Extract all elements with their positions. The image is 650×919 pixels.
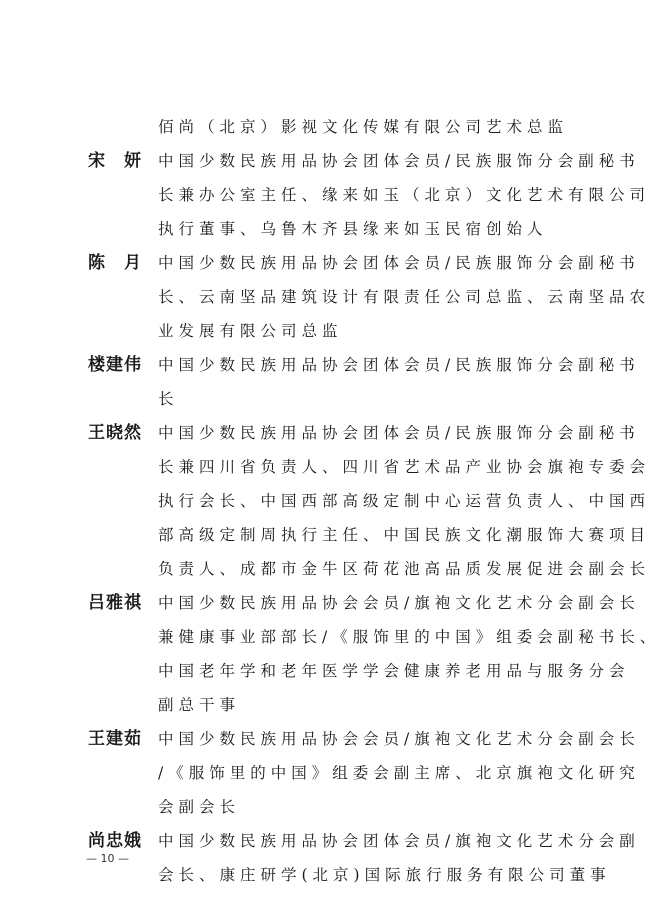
member-list: 佰尚（北京）影视文化传媒有限公司艺术总监 宋 妍 中国少数民族用品协会团体会员/… [88,110,568,892]
desc-line: 佰尚（北京）影视文化传媒有限公司艺术总监 [158,110,568,144]
desc-line: 执行董事、乌鲁木齐县缘来如玉民宿创始人 [158,212,650,246]
member-description: 中国少数民族用品协会团体会员/旗袍文化艺术分会副 会长、康庄研学(北京)国际旅行… [158,824,640,892]
desc-line: 会副会长 [158,790,640,824]
desc-line: 中国老年学和老年医学学会健康养老用品与服务分会 [158,654,650,688]
member-description: 中国少数民族用品协会会员/旗袍文化艺术分会副会长 /《服饰里的中国》组委会副主席… [158,722,640,824]
member-description: 中国少数民族用品协会团体会员/民族服饰分会副秘书 长兼四川省负责人、四川省艺术品… [158,416,650,586]
desc-line: 中国少数民族用品协会团体会员/民族服饰分会副秘书 [158,348,640,382]
member-name: 陈 月 [88,246,158,280]
member-name: 楼建伟 [88,348,158,382]
desc-line: 业发展有限公司总监 [158,314,650,348]
member-name: 吕雅祺 [88,586,158,620]
member-name: 宋 妍 [88,144,158,178]
desc-line: 长 [158,382,640,416]
member-description: 中国少数民族用品协会团体会员/民族服饰分会副秘书 长兼办公室主任、缘来如玉（北京… [158,144,650,246]
member-description: 中国少数民族用品协会会员/旗袍文化艺术分会副会长 兼健康事业部部长/《服饰里的中… [158,586,650,722]
desc-line: 中国少数民族用品协会团体会员/民族服饰分会副秘书 [158,144,650,178]
desc-line: 兼健康事业部部长/《服饰里的中国》组委会副秘书长、 [158,620,650,654]
desc-line: /《服饰里的中国》组委会副主席、北京旗袍文化研究 [158,756,640,790]
desc-line: 部高级定制周执行主任、中国民族文化潮服饰大赛项目 [158,518,650,552]
member-entry: 宋 妍 中国少数民族用品协会团体会员/民族服饰分会副秘书 长兼办公室主任、缘来如… [88,144,568,246]
desc-line: 副总干事 [158,688,650,722]
desc-line: 长兼办公室主任、缘来如玉（北京）文化艺术有限公司 [158,178,650,212]
desc-line: 执行会长、中国西部高级定制中心运营负责人、中国西 [158,484,650,518]
member-entry: 尚忠娥 中国少数民族用品协会团体会员/旗袍文化艺术分会副 会长、康庄研学(北京)… [88,824,568,892]
member-description: 中国少数民族用品协会团体会员/民族服饰分会副秘书 长 [158,348,640,416]
desc-line: 长兼四川省负责人、四川省艺术品产业协会旗袍专委会 [158,450,650,484]
desc-line: 负责人、成都市金牛区荷花池高品质发展促进会副会长 [158,552,650,586]
desc-line: 中国少数民族用品协会团体会员/民族服饰分会副秘书 [158,246,650,280]
member-entry: 王建茹 中国少数民族用品协会会员/旗袍文化艺术分会副会长 /《服饰里的中国》组委… [88,722,568,824]
desc-line: 会长、康庄研学(北京)国际旅行服务有限公司董事 [158,858,640,892]
member-name: 王晓然 [88,416,158,450]
member-entry: 王晓然 中国少数民族用品协会团体会员/民族服饰分会副秘书 长兼四川省负责人、四川… [88,416,568,586]
member-entry: 陈 月 中国少数民族用品协会团体会员/民族服饰分会副秘书 长、云南坚品建筑设计有… [88,246,568,348]
desc-line: 中国少数民族用品协会团体会员/旗袍文化艺术分会副 [158,824,640,858]
desc-line: 中国少数民族用品协会会员/旗袍文化艺术分会副会长 [158,586,650,620]
member-entry: 楼建伟 中国少数民族用品协会团体会员/民族服饰分会副秘书 长 [88,348,568,416]
member-name: 王建茹 [88,722,158,756]
document-page: 佰尚（北京）影视文化传媒有限公司艺术总监 宋 妍 中国少数民族用品协会团体会员/… [0,0,650,919]
continuation-entry: 佰尚（北京）影视文化传媒有限公司艺术总监 [88,110,568,144]
desc-line: 长、云南坚品建筑设计有限责任公司总监、云南坚品农 [158,280,650,314]
member-description: 中国少数民族用品协会团体会员/民族服饰分会副秘书 长、云南坚品建筑设计有限责任公… [158,246,650,348]
desc-line: 中国少数民族用品协会会员/旗袍文化艺术分会副会长 [158,722,640,756]
desc-line: 中国少数民族用品协会团体会员/民族服饰分会副秘书 [158,416,650,450]
page-number: — 10 — [86,852,129,865]
member-entry: 吕雅祺 中国少数民族用品协会会员/旗袍文化艺术分会副会长 兼健康事业部部长/《服… [88,586,568,722]
